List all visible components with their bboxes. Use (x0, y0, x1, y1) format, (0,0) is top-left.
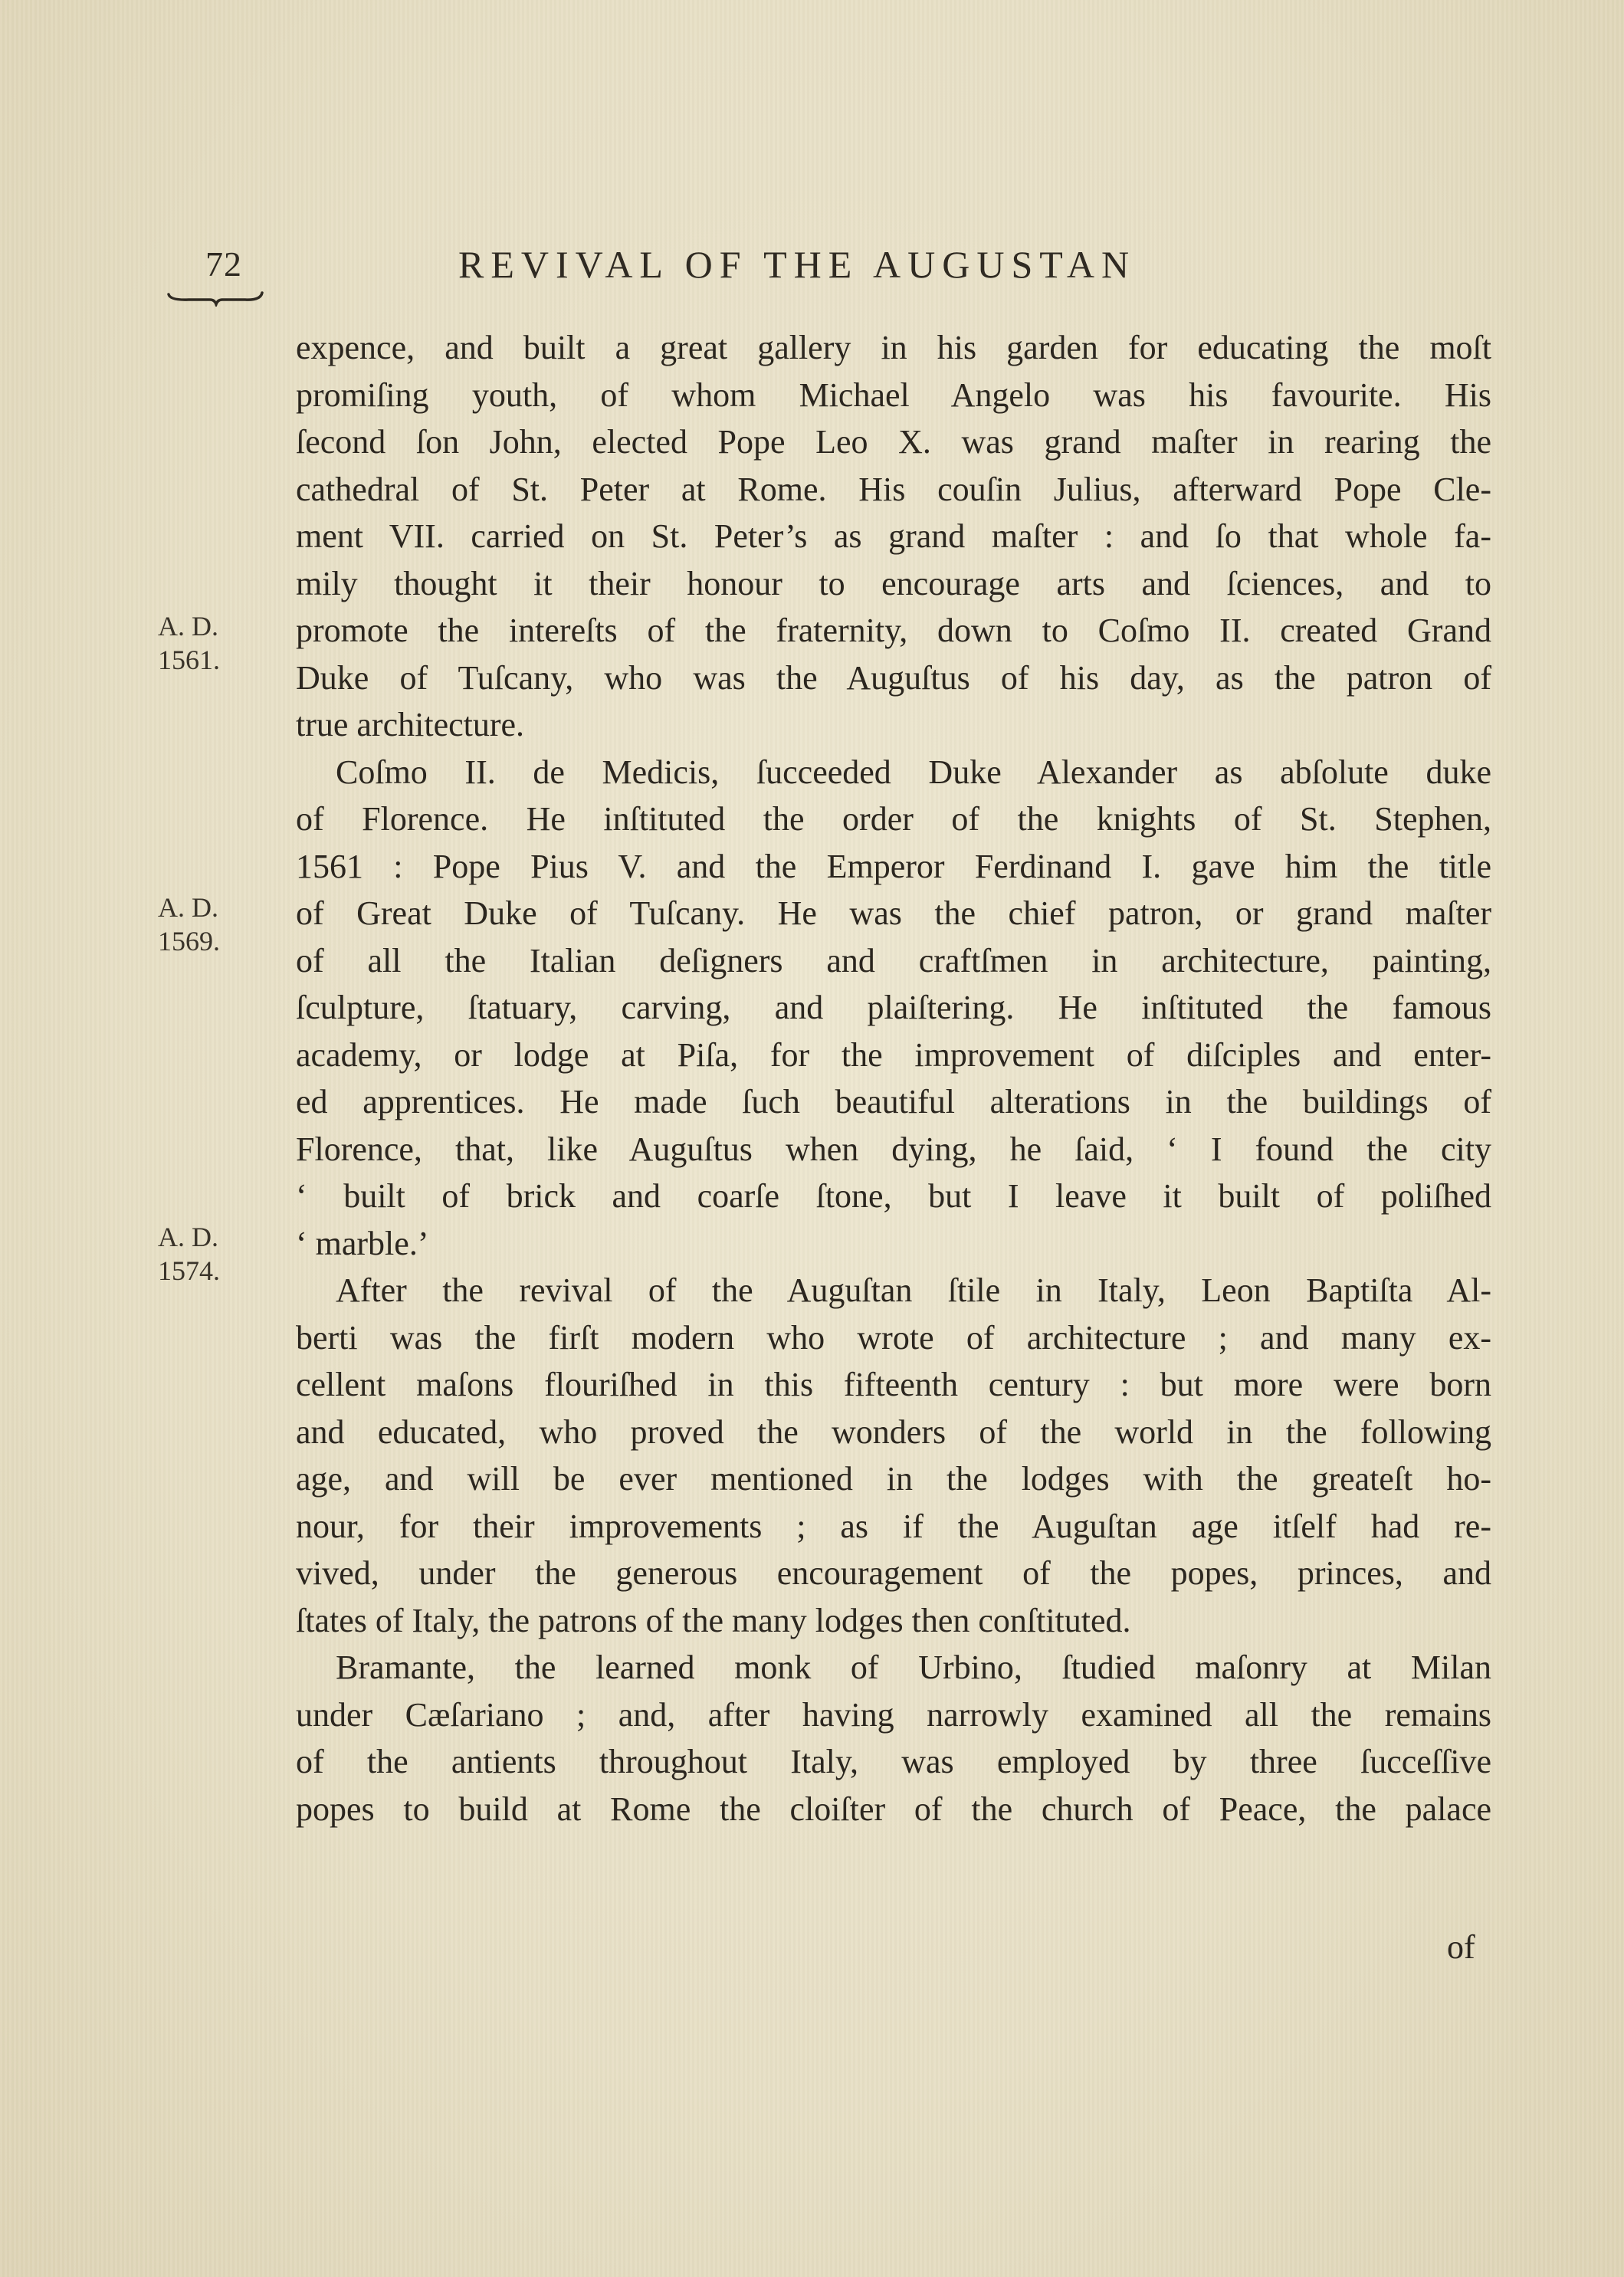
text-line: of Florence. He inſtituted the order of … (296, 796, 1491, 843)
paragraph-start-line: Coſmo II. de Medicis, ſucceeded Duke Ale… (296, 749, 1491, 796)
text-line: ſculpture, ſtatuary, carving, and plaiſt… (296, 984, 1491, 1032)
margin-note-1569: A. D. 1569. (158, 891, 220, 958)
brace-ornament-icon (166, 291, 265, 307)
text-line: cellent maſons flouriſhed in this fiftee… (296, 1361, 1491, 1409)
margin-note-label: A. D. (158, 891, 220, 924)
text-line: ed apprentices. He made ſuch beautiful a… (296, 1078, 1491, 1126)
text-line: of the antients throughout Italy, was em… (296, 1738, 1491, 1786)
text-line: promiſing youth, of whom Michael Angelo … (296, 372, 1491, 419)
margin-note-1574: A. D. 1574. (158, 1220, 220, 1288)
margin-note-year: 1569. (158, 924, 220, 958)
text-line: true architecture. (296, 701, 1491, 749)
body-text: expence, and built a great gallery in hi… (296, 324, 1491, 1832)
text-line: ‘ marble.’ (296, 1220, 1491, 1268)
margin-note-year: 1574. (158, 1254, 220, 1288)
text-line: promote the intereſts of the fraternity,… (296, 607, 1491, 655)
text-line: ment VII. carried on St. Peter’s as gran… (296, 513, 1491, 560)
page-number: 72 (205, 244, 242, 284)
margin-note-label: A. D. (158, 1220, 220, 1254)
text-line: academy, or lodge at Piſa, for the impro… (296, 1032, 1491, 1079)
text-line: under Cæſariano ; and, after having narr… (296, 1691, 1491, 1739)
text-line: mily thought it their honour to encourag… (296, 560, 1491, 608)
margin-note-1561: A. D. 1561. (158, 609, 220, 677)
text-line: ſtates of Italy, the patrons of the many… (296, 1597, 1491, 1645)
text-line: popes to build at Rome the cloiſter of t… (296, 1786, 1491, 1833)
margin-note-year: 1561. (158, 643, 220, 677)
text-line: cathedral of St. Peter at Rome. His couſ… (296, 466, 1491, 513)
text-line: ‘ built of brick and coarſe ſtone, but I… (296, 1173, 1491, 1220)
text-line: age, and will be ever mentioned in the l… (296, 1455, 1491, 1503)
paragraph-start-line: After the revival of the Auguſtan ſtile … (296, 1267, 1491, 1314)
text-line: of Great Duke of Tuſcany. He was the chi… (296, 890, 1491, 937)
text-line: berti was the firſt modern who wrote of … (296, 1314, 1491, 1362)
text-line: Duke of Tuſcany, who was the Auguſtus of… (296, 655, 1491, 702)
text-line: Florence, that, like Auguſtus when dying… (296, 1126, 1491, 1173)
text-line: and educated, who proved the wonders of … (296, 1409, 1491, 1456)
catchword: of (1447, 1928, 1475, 1967)
text-line: 1561 : Pope Pius V. and the Emperor Ferd… (296, 843, 1491, 891)
running-head: REVIVAL OF THE AUGUSTAN (458, 242, 1136, 287)
margin-note-label: A. D. (158, 609, 220, 643)
text-line: nour, for their improvements ; as if the… (296, 1503, 1491, 1550)
paragraph-start-line: Bramante, the learned monk of Urbino, ſt… (296, 1644, 1491, 1691)
text-line: ſecond ſon John, elected Pope Leo X. was… (296, 418, 1491, 466)
text-line: of all the Italian deſigners and craftſm… (296, 937, 1491, 985)
text-line: vived, under the generous encouragement … (296, 1550, 1491, 1597)
text-line: expence, and built a great gallery in hi… (296, 324, 1491, 372)
